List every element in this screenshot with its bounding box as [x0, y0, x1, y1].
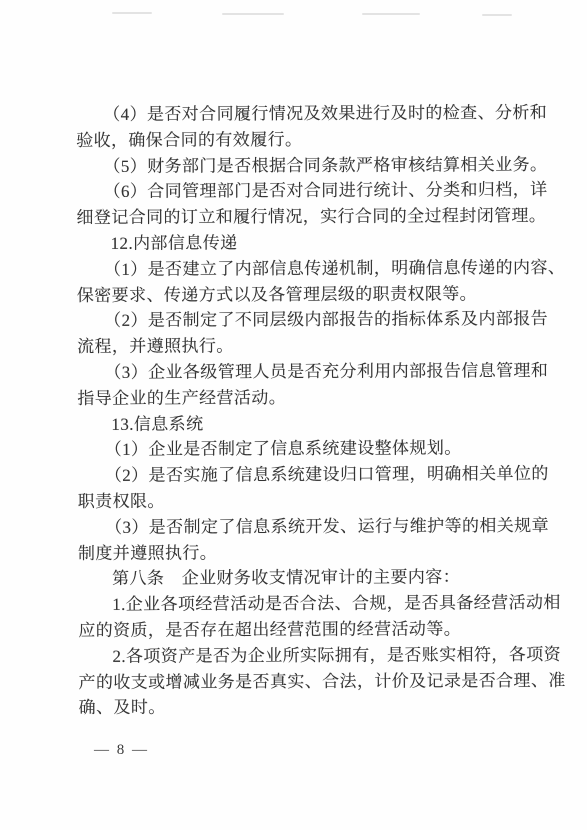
scanned-page: （4）是否对合同履行情况及效果进行及时的检查、分析和验收，确保合同的有效履行。（…	[0, 0, 587, 830]
scan-smudge	[222, 13, 284, 15]
text-line: （3）是否制定了信息系统开发、运行与维护等的相关规章	[78, 513, 544, 541]
text-line: 指导企业的生产经营活动。	[77, 384, 543, 412]
text-line: 12.内部信息传递	[77, 229, 543, 257]
text-line: （6）合同管理部门是否对合同进行统计、分类和归档，详	[76, 177, 542, 205]
document-body: （4）是否对合同履行情况及效果进行及时的检查、分析和验收，确保合同的有效履行。（…	[76, 100, 545, 721]
text-line: （5）财务部门是否根据合同条款严格审核结算相关业务。	[76, 152, 542, 180]
page-number: — 8 —	[94, 742, 149, 759]
text-line: 应的资质，是否存在超出经营范围的经营活动等。	[78, 616, 544, 644]
text-line: 1.企业各项经营活动是否合法、合规，是否具备经营活动相	[78, 590, 544, 618]
scan-smudge	[482, 14, 512, 16]
text-line: 流程，并遵照执行。	[77, 332, 543, 360]
text-line: （3）企业各级管理人员是否充分利用内部报告信息管理和	[77, 358, 543, 386]
text-line: 13.信息系统	[77, 410, 543, 438]
text-line: 细登记合同的订立和履行情况，实行合同的全过程封闭管理。	[76, 203, 542, 231]
text-line: 确、及时。	[79, 693, 545, 721]
text-line: （4）是否对合同履行情况及效果进行及时的检查、分析和	[76, 100, 542, 128]
text-line: 验收，确保合同的有效履行。	[76, 126, 542, 154]
text-line: （1）是否建立了内部信息传递机制，明确信息传递的内容、	[77, 255, 543, 283]
text-line: 职责权限。	[78, 487, 544, 515]
text-line: 2.各项资产是否为企业所实际拥有，是否账实相符，各项资	[78, 642, 544, 670]
text-line: 制度并遵照执行。	[78, 539, 544, 567]
scan-smudge	[362, 13, 420, 15]
text-line: （2）是否制定了不同层级内部报告的指标体系及内部报告	[77, 306, 543, 334]
text-line: （2）是否实施了信息系统建设归口管理，明确相关单位的	[78, 461, 544, 489]
text-line: 产的收支或增减业务是否真实、合法，计价及记录是否合理、准	[78, 668, 544, 696]
text-line: （1）企业是否制定了信息系统建设整体规划。	[77, 435, 543, 463]
text-line: 保密要求、传递方式以及各管理层级的职责权限等。	[77, 281, 543, 309]
text-line: 第八条 企业财务收支情况审计的主要内容：	[78, 564, 544, 592]
scan-smudge	[112, 12, 152, 14]
